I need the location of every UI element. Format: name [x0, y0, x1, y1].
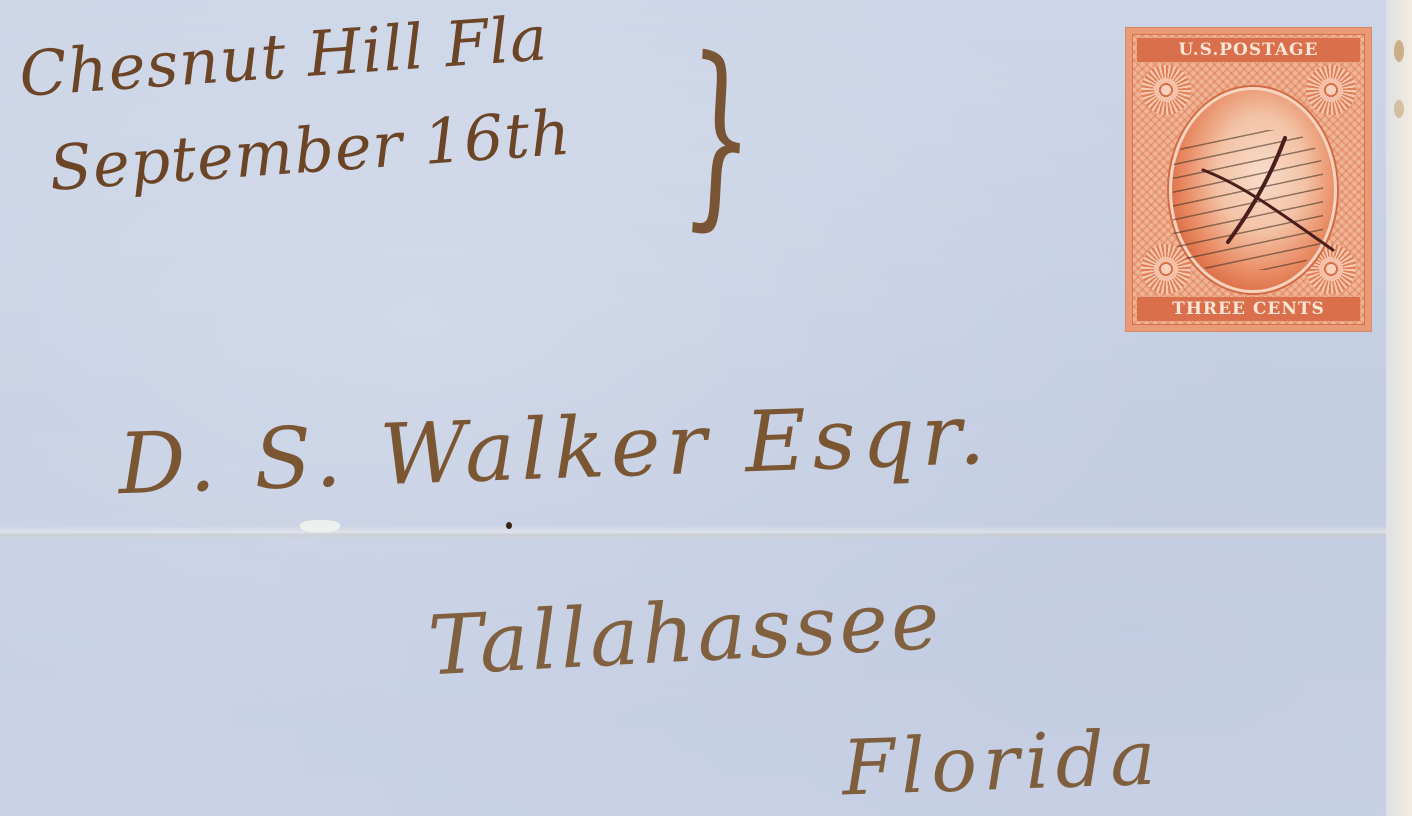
- paper-edge: [1386, 0, 1412, 816]
- postage-stamp: U.S.POSTAGE THREE CENTS: [1125, 27, 1372, 332]
- address-state: Florida: [841, 712, 1163, 812]
- rosette-icon: [1306, 65, 1356, 115]
- stamp-top-label: U.S.POSTAGE: [1137, 38, 1360, 62]
- postal-cover: Chesnut Hill Fla September 16th } D. S. …: [0, 0, 1412, 816]
- dateline-date: September 16th: [47, 96, 574, 205]
- stain: [1394, 100, 1404, 118]
- paper-scuff: [300, 520, 340, 532]
- stamp-bottom-label: THREE CENTS: [1137, 297, 1360, 321]
- fold-crease: [0, 526, 1390, 540]
- stain: [1394, 40, 1404, 62]
- ink-speck: [506, 522, 512, 529]
- stamp-engraving: U.S.POSTAGE THREE CENTS: [1132, 34, 1365, 325]
- pen-x-cancel-icon: [1193, 130, 1343, 260]
- brace-flourish: }: [679, 30, 760, 242]
- addressee-name: D. S. Walker Esqr.: [117, 385, 993, 513]
- address-city: Tallahassee: [426, 573, 945, 695]
- rosette-icon: [1141, 65, 1191, 115]
- dateline-place: Chesnut Hill Fla: [17, 1, 550, 111]
